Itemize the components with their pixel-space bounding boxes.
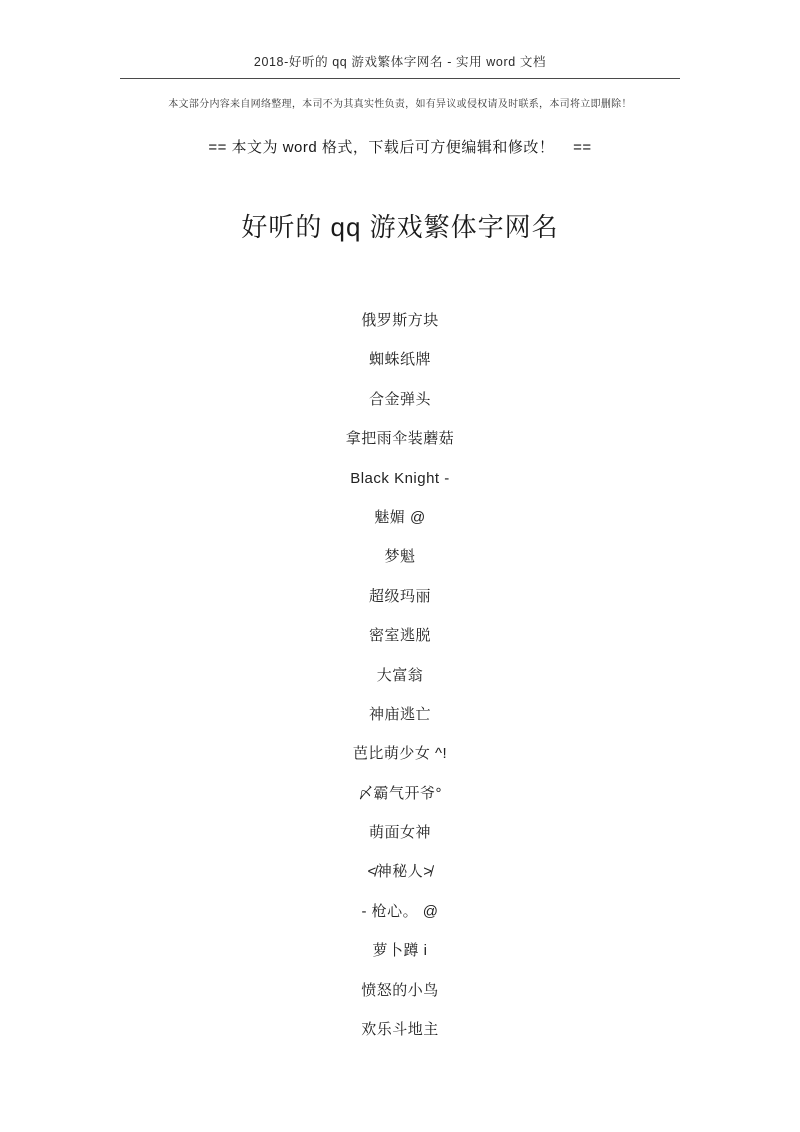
name-item: 萌面女神: [0, 813, 800, 852]
name-list: 俄罗斯方块蜘蛛纸牌合金弹头拿把雨伞装蘑菇Black Knight -魅媚 @梦魁…: [0, 301, 800, 1049]
name-item: 超级玛丽: [0, 577, 800, 616]
name-item: - 枪心。 @: [0, 892, 800, 931]
name-item: 密室逃脱: [0, 616, 800, 655]
name-item: 大富翁: [0, 656, 800, 695]
disclaimer-text: 本文部分内容来自网络整理，本司不为其真实性负责，如有异议或侵权请及时联系，本司将…: [0, 95, 800, 110]
document-header-title: 2018-好听的 qq 游戏繁体字网名 - 实用 word 文档: [0, 52, 800, 70]
name-item: 合金弹头: [0, 380, 800, 419]
name-item: 梦魁: [0, 537, 800, 576]
format-note: == 本文为 word 格式，下载后可方便编辑和修改！ ==: [0, 136, 800, 157]
name-item: 蜘蛛纸牌: [0, 340, 800, 379]
name-item: ≮神秘人≯: [0, 852, 800, 891]
name-item: 魅媚 @: [0, 498, 800, 537]
name-item: 神庙逃亡: [0, 695, 800, 734]
name-item: 芭比萌少女 ^!: [0, 734, 800, 773]
document-page: 2018-好听的 qq 游戏繁体字网名 - 实用 word 文档 本文部分内容来…: [0, 0, 800, 1132]
name-item: 拿把雨伞装蘑菇: [0, 419, 800, 458]
name-item: 欢乐斗地主: [0, 1010, 800, 1049]
document-title: 好听的 qq 游戏繁体字网名: [0, 209, 800, 245]
name-item: 〆霸气开爷°: [0, 774, 800, 813]
name-item: Black Knight -: [0, 459, 800, 498]
name-item: 萝卜蹲 i: [0, 931, 800, 970]
header-divider: [120, 78, 680, 79]
name-item: 俄罗斯方块: [0, 301, 800, 340]
name-item: 愤怒的小鸟: [0, 971, 800, 1010]
